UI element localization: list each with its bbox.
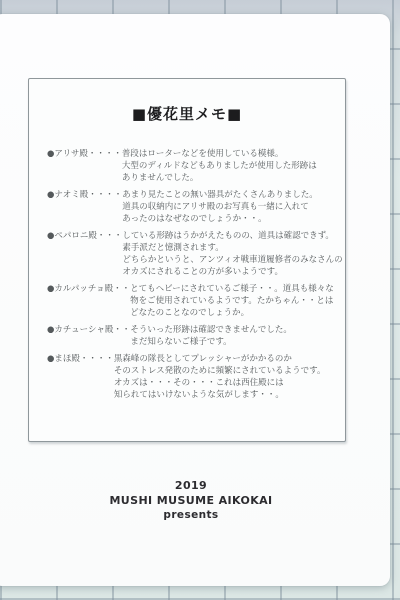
memo-item-label: ●カチューシャ殿・・ [47,324,130,336]
memo-line: ありませんでした。 [122,172,337,184]
memo-line: あったのはなぜなのでしょうか・・。 [122,213,337,225]
memo-line: あまり見たことの無い器具がたくさんありました。 [122,189,337,201]
memo-line: 知られてはいけないような気がします・・。 [114,389,337,401]
footer-year: 2019 [0,478,390,493]
memo-item-label: ●カルパッチョ殿・・ [47,283,130,295]
memo-list: ●アリサ殿・・・・ 普段はローターなどを使用している模様。大型のディルドなどもあ… [47,148,337,401]
memo-line: そういった形跡は確認できませんでした。 [130,324,337,336]
memo-item-label: ●アリサ殿・・・・ [47,148,122,160]
memo-item: ●まほ殿・・・・ 黒森峰の隊長としてプレッシャーがかかるのかそのストレス発散のた… [47,353,337,401]
memo-title: ■優花里メモ■ [29,103,345,124]
memo-item-lines: あまり見たことの無い器具がたくさんありました。道具の収納内にアリサ殿のお写真も一… [122,189,337,225]
memo-item-lines: そういった形跡は確認できませんでした。まだ知らないご様子です。 [130,324,337,348]
memo-line: している形跡はうかがえたものの、道具は確認できず。 [122,230,337,242]
memo-item-label: ●まほ殿・・・・ [47,353,114,365]
memo-line: どなたのことなのでしょうか。 [130,307,337,319]
memo-box: ■優花里メモ■ ●アリサ殿・・・・ 普段はローターなどを使用している模様。大型の… [28,78,346,442]
memo-item-label: ●ペパロニ殿・・・ [47,230,122,242]
memo-line: 黒森峰の隊長としてプレッシャーがかかるのか [114,353,337,365]
memo-line: どちらかというと、アンツィオ戦車道履修者のみなさんの [122,254,337,266]
memo-item: ●ナオミ殿・・・・ あまり見たことの無い器具がたくさんありました。道具の収納内に… [47,189,337,225]
memo-line: オカズは・・・その・・・これは西住殿には [114,377,337,389]
paper-page: ■優花里メモ■ ●アリサ殿・・・・ 普段はローターなどを使用している模様。大型の… [0,14,390,586]
memo-line: 素手派だと憶測されます。 [122,242,337,254]
memo-item-lines: 黒森峰の隊長としてプレッシャーがかかるのかそのストレス発散のために頻繁にされてい… [114,353,337,401]
memo-line: とてもヘビーにされているご様子・・。道具も様々な [130,283,337,295]
memo-item-lines: 普段はローターなどを使用している模様。大型のディルドなどもありましたが使用した形… [122,148,337,184]
footer-presents: presents [0,508,390,523]
memo-line: 普段はローターなどを使用している模様。 [122,148,337,160]
memo-item-label: ●ナオミ殿・・・・ [47,189,122,201]
memo-line: 大型のディルドなどもありましたが使用した形跡は [122,160,337,172]
memo-line: 物をご使用されているようです。たかちゃん・・とは [130,295,337,307]
footer-credits: 2019 MUSHI MUSUME AIKOKAI presents [0,478,390,523]
memo-item-lines: している形跡はうかがえたものの、道具は確認できず。素手派だと憶測されます。どちら… [122,230,337,278]
memo-item: ●カルパッチョ殿・・ とてもヘビーにされているご様子・・。道具も様々な物をご使用… [47,283,337,319]
memo-item: ●アリサ殿・・・・ 普段はローターなどを使用している模様。大型のディルドなどもあ… [47,148,337,184]
memo-line: 道具の収納内にアリサ殿のお写真も一緒に入れて [122,201,337,213]
memo-item: ●ペパロニ殿・・・ している形跡はうかがえたものの、道具は確認できず。素手派だと… [47,230,337,278]
footer-circle-name: MUSHI MUSUME AIKOKAI [0,493,390,508]
memo-line: まだ知らないご様子です。 [130,336,337,348]
memo-line: そのストレス発散のために頻繁にされているようです。 [114,365,337,377]
memo-item-lines: とてもヘビーにされているご様子・・。道具も様々な物をご使用されているようです。た… [130,283,337,319]
memo-line: オカズにされることの方が多いようです。 [122,266,337,278]
memo-item: ●カチューシャ殿・・ そういった形跡は確認できませんでした。まだ知らないご様子で… [47,324,337,348]
